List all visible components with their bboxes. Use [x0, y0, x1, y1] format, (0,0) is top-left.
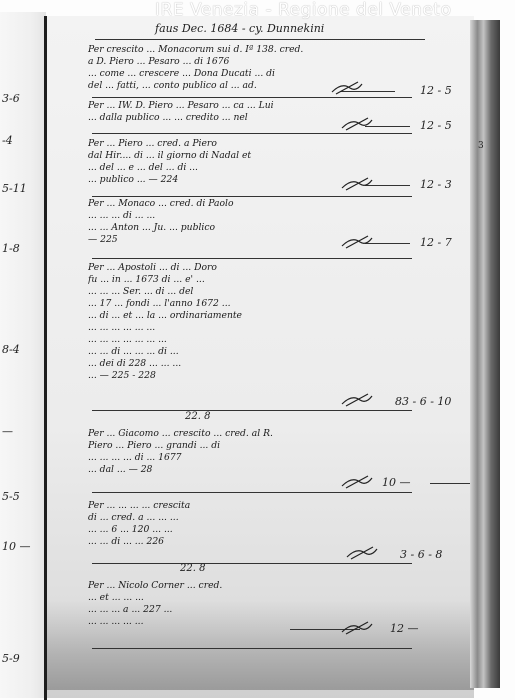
- entry-line: ... del ... e ... del ... di ...: [88, 162, 408, 174]
- entry-line: fu ... in ... 1673 di ... e' ...: [88, 274, 408, 286]
- entry-line: ... ... ... Ser. ... di ... del: [88, 286, 408, 298]
- margin-number: 5-5: [2, 490, 20, 503]
- entry-line: ... ... ... a ... 227 ...: [88, 604, 408, 616]
- entry-line: ... dei di 228 ... ... ...: [88, 358, 408, 370]
- entry-subtotal: 22. 8: [185, 411, 210, 422]
- entry-amount: 3 - 6 - 8: [400, 548, 442, 561]
- entry-line: ... et ... ... ...: [88, 592, 408, 604]
- entry-rule: [92, 410, 412, 411]
- header-rule: [95, 39, 425, 40]
- entry-rule: [92, 492, 412, 493]
- entry-line: di ... cred. a ... ... ...: [88, 512, 408, 524]
- signature-flourish-icon: [340, 234, 374, 250]
- entry-line: Per ... IW. D. Piero ... Pesaro ... ca .…: [88, 100, 408, 112]
- entry-rule: [92, 563, 412, 564]
- entry-line: ... di ... et ... la ... ordinariamente: [88, 310, 408, 322]
- entry-amount: 12 - 5: [420, 119, 452, 132]
- entry-amount: 12 - 7: [420, 236, 452, 249]
- binding-gutter: [44, 16, 47, 700]
- entry-line: Piero ... Piero ... grandi ... di: [88, 440, 408, 452]
- edge-mark: 3: [478, 141, 484, 151]
- ledger-entry: Per ... Giacomo ... crescito ... cred. a…: [88, 428, 408, 476]
- entry-line: Per crescito ... Monacorum sui d. Iª 138…: [88, 44, 408, 56]
- margin-number: 3-6: [2, 92, 20, 105]
- entry-rule: [92, 196, 412, 197]
- entry-rule: [92, 258, 412, 259]
- entry-rule: [92, 648, 412, 649]
- signature-flourish-icon: [330, 80, 364, 96]
- entry-line: Per ... ... ... ... crescita: [88, 500, 408, 512]
- entry-amount: 12 - 5: [420, 84, 452, 97]
- signature-flourish-icon: [340, 116, 374, 132]
- entry-amount: 83 - 6 - 10: [395, 395, 451, 408]
- ledger-entry: Per ... Apostoli ... di ... Doro fu ... …: [88, 262, 408, 382]
- signature-flourish-icon: [340, 620, 374, 636]
- entry-line: Per ... Apostoli ... di ... Doro: [88, 262, 408, 274]
- entry-line: ... ... Anton ... Ju. ... publico: [88, 222, 408, 234]
- entry-line: Per ... Monaco ... cred. di Paolo: [88, 198, 408, 210]
- entry-amount: 12 - 3: [420, 178, 452, 191]
- signature-flourish-icon: [340, 392, 374, 408]
- entry-line: ... ... 6 ... 120 ... ...: [88, 524, 408, 536]
- page-header: faus Dec. 1684 - cy. Dunnekini: [155, 22, 345, 35]
- entry-line: ... ... ... ... di ... 1677: [88, 452, 408, 464]
- signature-flourish-icon: [345, 545, 379, 561]
- entry-line: ... come ... crescere ... Dona Ducati ..…: [88, 68, 408, 80]
- margin-number: —: [2, 425, 13, 438]
- entry-line: ... 17 ... fondi ... l'anno 1672 ...: [88, 298, 408, 310]
- entry-rule: [92, 133, 412, 134]
- entry-line: Per ... Giacomo ... crescito ... cred. a…: [88, 428, 408, 440]
- entry-line: ... ... ... di ... ...: [88, 210, 408, 222]
- watermark: IRE Venezia - Regione del Veneto: [155, 0, 451, 18]
- entry-line: ... ... ... ... ... ... ...: [88, 334, 408, 346]
- entry-line: dal Hir.... di ... il giorno di Nadal et: [88, 150, 408, 162]
- margin-number: 10 —: [2, 540, 31, 553]
- entry-subtotal: 22. 8: [180, 563, 205, 574]
- margin-number: 5-11: [2, 182, 27, 195]
- entry-rule: [92, 97, 412, 98]
- margin-number: -4: [2, 134, 13, 147]
- entry-line: Per ... Nicolo Corner ... cred.: [88, 580, 408, 592]
- signature-flourish-icon: [340, 474, 374, 490]
- entry-line: ... — 225 - 228: [88, 370, 408, 382]
- ledger-entry: Per ... ... ... ... crescita di ... cred…: [88, 500, 408, 548]
- signature-flourish-icon: [340, 176, 374, 192]
- entry-amount: 10 —: [382, 476, 411, 489]
- entry-line: ... ... di ... ... ... di ...: [88, 346, 408, 358]
- margin-number: 8-4: [2, 343, 20, 356]
- margin-number: 1-8: [2, 242, 20, 255]
- entry-line: a D. Piero ... Pesaro ... di 1676: [88, 56, 408, 68]
- page-stack-edge: [470, 20, 500, 688]
- entry-line: Per ... Piero ... cred. a Piero: [88, 138, 408, 150]
- entry-amount: 12 —: [390, 622, 419, 635]
- margin-number: 5-9: [2, 652, 20, 665]
- amount-dash: [430, 483, 470, 484]
- entry-line: ... ... ... ... ... ...: [88, 322, 408, 334]
